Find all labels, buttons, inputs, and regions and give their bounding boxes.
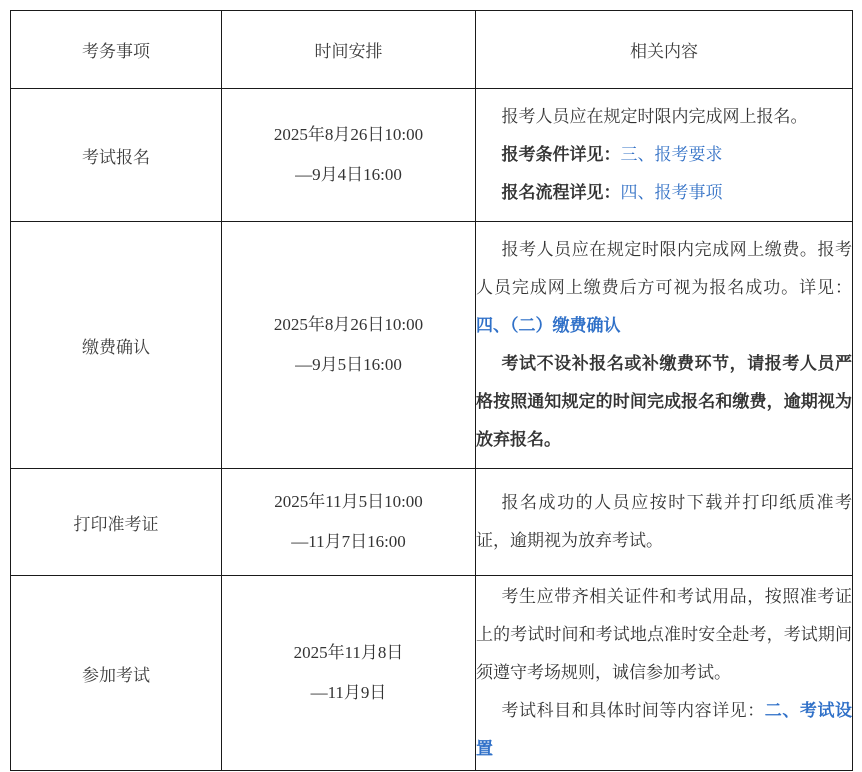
- cell-item-payment-confirmation: 缴费确认: [11, 222, 222, 469]
- time-line-start: 2025年11月5日10:00: [222, 482, 475, 522]
- content-paragraph: 报考条件详见：三、报考要求: [476, 136, 852, 174]
- content-text: 报考条件详见：: [502, 145, 621, 164]
- cell-item-take-exam: 参加考试: [11, 576, 222, 771]
- cell-time-payment-confirmation: 2025年8月26日10:00 —9月5日16:00: [222, 222, 476, 469]
- time-line-end: —9月4日16:00: [222, 155, 475, 195]
- cell-content-exam-registration: 报考人员应在规定时限内完成网上报名。报考条件详见：三、报考要求报名流程详见：四、…: [476, 89, 853, 222]
- content-text: 报名成功的人员应按时下载并打印纸质准考证，逾期视为放弃考试。: [476, 493, 852, 550]
- exam-schedule-table: 考务事项 时间安排 相关内容 考试报名 2025年8月26日10:00 —9月4…: [10, 10, 853, 771]
- content-text: 考试科目和具体时间等内容详见：: [502, 701, 765, 720]
- cell-content-take-exam: 考生应带齐相关证件和考试用品，按照准考证上的考试时间和考试地点准时安全赴考，考试…: [476, 576, 853, 771]
- cell-time-take-exam: 2025年11月8日 —11月9日: [222, 576, 476, 771]
- content-link[interactable]: 三、报考要求: [621, 145, 723, 164]
- table-header-row: 考务事项 时间安排 相关内容: [11, 11, 853, 89]
- content-paragraph: 考生应带齐相关证件和考试用品，按照准考证上的考试时间和考试地点准时安全赴考，考试…: [476, 578, 852, 692]
- time-line-start: 2025年8月26日10:00: [222, 305, 475, 345]
- header-cell-exam-item: 考务事项: [11, 11, 222, 89]
- table-row-take-exam: 参加考试 2025年11月8日 —11月9日 考生应带齐相关证件和考试用品，按照…: [11, 576, 853, 771]
- header-cell-related-content: 相关内容: [476, 11, 853, 89]
- content-paragraph: 报名成功的人员应按时下载并打印纸质准考证，逾期视为放弃考试。: [476, 484, 852, 560]
- content-link[interactable]: 四、（二）缴费确认: [476, 316, 621, 335]
- time-line-end: —9月5日16:00: [222, 345, 475, 385]
- cell-item-print-admission-ticket: 打印准考证: [11, 469, 222, 576]
- content-text: 报考人员应在规定时限内完成网上缴费。报考人员完成网上缴费后方可视为报名成功。详见…: [476, 240, 852, 297]
- header-cell-time-arrangement: 时间安排: [222, 11, 476, 89]
- cell-time-exam-registration: 2025年8月26日10:00 —9月4日16:00: [222, 89, 476, 222]
- time-line-end: —11月7日16:00: [222, 522, 475, 562]
- content-link[interactable]: 四、报考事项: [621, 183, 723, 202]
- time-line-start: 2025年11月8日: [222, 633, 475, 673]
- table-row-exam-registration: 考试报名 2025年8月26日10:00 —9月4日16:00 报考人员应在规定…: [11, 89, 853, 222]
- cell-time-print-admission-ticket: 2025年11月5日10:00 —11月7日16:00: [222, 469, 476, 576]
- exam-schedule-page: 考务事项 时间安排 相关内容 考试报名 2025年8月26日10:00 —9月4…: [0, 0, 862, 772]
- content-paragraph: 报考人员应在规定时限内完成网上缴费。报考人员完成网上缴费后方可视为报名成功。详见…: [476, 231, 852, 345]
- content-text: 考试不设补报名或补缴费环节，请报考人员严格按照通知规定的时间完成报名和缴费，逾期…: [476, 354, 852, 449]
- time-line-start: 2025年8月26日10:00: [222, 115, 475, 155]
- content-paragraph: 考试不设补报名或补缴费环节，请报考人员严格按照通知规定的时间完成报名和缴费，逾期…: [476, 345, 852, 459]
- time-line-end: —11月9日: [222, 673, 475, 713]
- content-paragraph: 报名流程详见：四、报考事项: [476, 174, 852, 212]
- content-text: 报考人员应在规定时限内完成网上报名。: [502, 107, 808, 126]
- content-paragraph: 考试科目和具体时间等内容详见：二、考试设置: [476, 692, 852, 768]
- table-row-print-admission-ticket: 打印准考证 2025年11月5日10:00 —11月7日16:00 报名成功的人…: [11, 469, 853, 576]
- cell-content-payment-confirmation: 报考人员应在规定时限内完成网上缴费。报考人员完成网上缴费后方可视为报名成功。详见…: [476, 222, 853, 469]
- content-text: 考生应带齐相关证件和考试用品，按照准考证上的考试时间和考试地点准时安全赴考，考试…: [476, 587, 852, 682]
- cell-item-exam-registration: 考试报名: [11, 89, 222, 222]
- content-paragraph: 报考人员应在规定时限内完成网上报名。: [476, 98, 852, 136]
- content-text: 报名流程详见：: [502, 183, 621, 202]
- cell-content-print-admission-ticket: 报名成功的人员应按时下载并打印纸质准考证，逾期视为放弃考试。: [476, 469, 853, 576]
- table-row-payment-confirmation: 缴费确认 2025年8月26日10:00 —9月5日16:00 报考人员应在规定…: [11, 222, 853, 469]
